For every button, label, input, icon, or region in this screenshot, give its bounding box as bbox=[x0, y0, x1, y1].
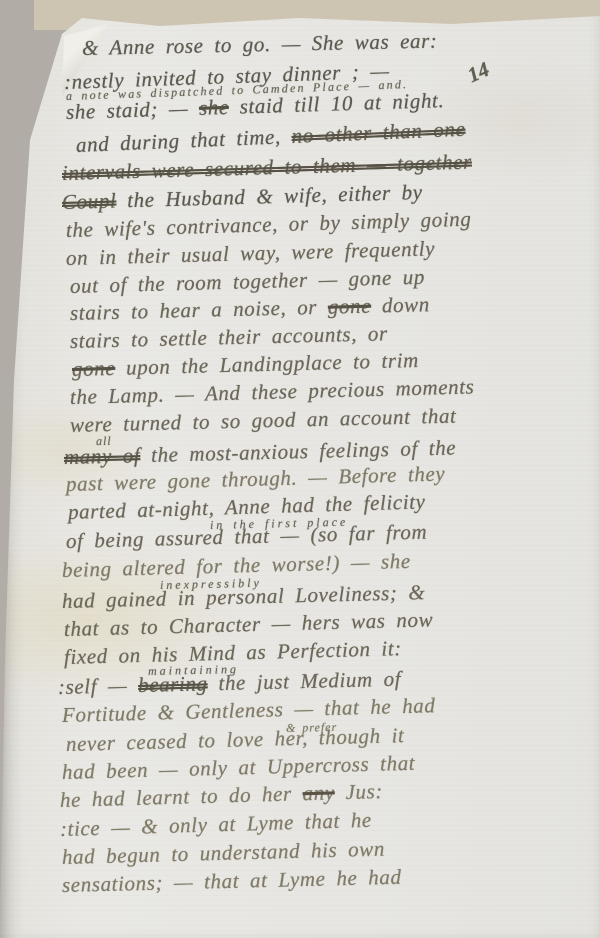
struck-through-text: gone bbox=[72, 356, 116, 381]
manuscript-line: sensations; — that at Lyme he had bbox=[62, 865, 402, 898]
manuscript-line: had begun to understand his own bbox=[62, 837, 386, 870]
handwritten-text: he had learnt to do her bbox=[60, 781, 303, 812]
handwritten-text: stairs to settle their accounts, or bbox=[70, 321, 388, 353]
manuscript-line: :tice — & only at Lyme that he bbox=[60, 808, 373, 842]
handwritten-text: of being assured that — (so far from bbox=[66, 520, 428, 553]
handwritten-text: sensations; — that at Lyme he had bbox=[62, 865, 402, 897]
struck-through-text: she bbox=[199, 95, 230, 120]
handwritten-text: and during that time, bbox=[75, 124, 292, 157]
manuscript-line: & Anne rose to go. — She was ear: bbox=[82, 29, 438, 61]
handwritten-text: Jus: bbox=[334, 779, 383, 804]
struck-through-text: any bbox=[302, 780, 335, 805]
manuscript-line: were turned to so good an account that bbox=[70, 404, 457, 438]
struck-through-text: no other than one bbox=[291, 117, 466, 148]
struck-through-text: gone bbox=[328, 294, 372, 319]
handwritten-text: :tice — & only at Lyme that he bbox=[60, 808, 372, 841]
handwritten-text: the just Medium of bbox=[207, 667, 401, 696]
handwritten-text: never ceased to love her, though it bbox=[66, 723, 405, 756]
struck-through-text: to them — together bbox=[284, 150, 472, 179]
struck-through-text: Coupl bbox=[62, 188, 117, 214]
struck-through-text: bearing bbox=[138, 671, 208, 697]
handwritten-text: she staid; — bbox=[66, 96, 200, 124]
handwritten-text: the Husband & wife, either by bbox=[116, 180, 423, 213]
handwritten-text: & Anne rose to go. — She was ear: bbox=[82, 29, 438, 60]
struck-through-text: many of bbox=[64, 443, 141, 469]
handwritten-text: upon the Landingplace to trim bbox=[115, 348, 419, 380]
handwriting-text-layer: & Anne rose to go. — She was ear::nestly… bbox=[0, 0, 600, 938]
handwritten-text: stairs to hear a noise, or bbox=[70, 295, 328, 325]
handwritten-text: :self — bbox=[58, 673, 139, 699]
handwritten-text: were turned to so good an account that bbox=[70, 404, 457, 437]
handwritten-text: down bbox=[371, 292, 430, 317]
struck-through-text: intervals were secured bbox=[62, 155, 285, 185]
handwritten-text: had begun to understand his own bbox=[62, 837, 386, 869]
manuscript-page: & Anne rose to go. — She was ear::nestly… bbox=[0, 0, 600, 938]
